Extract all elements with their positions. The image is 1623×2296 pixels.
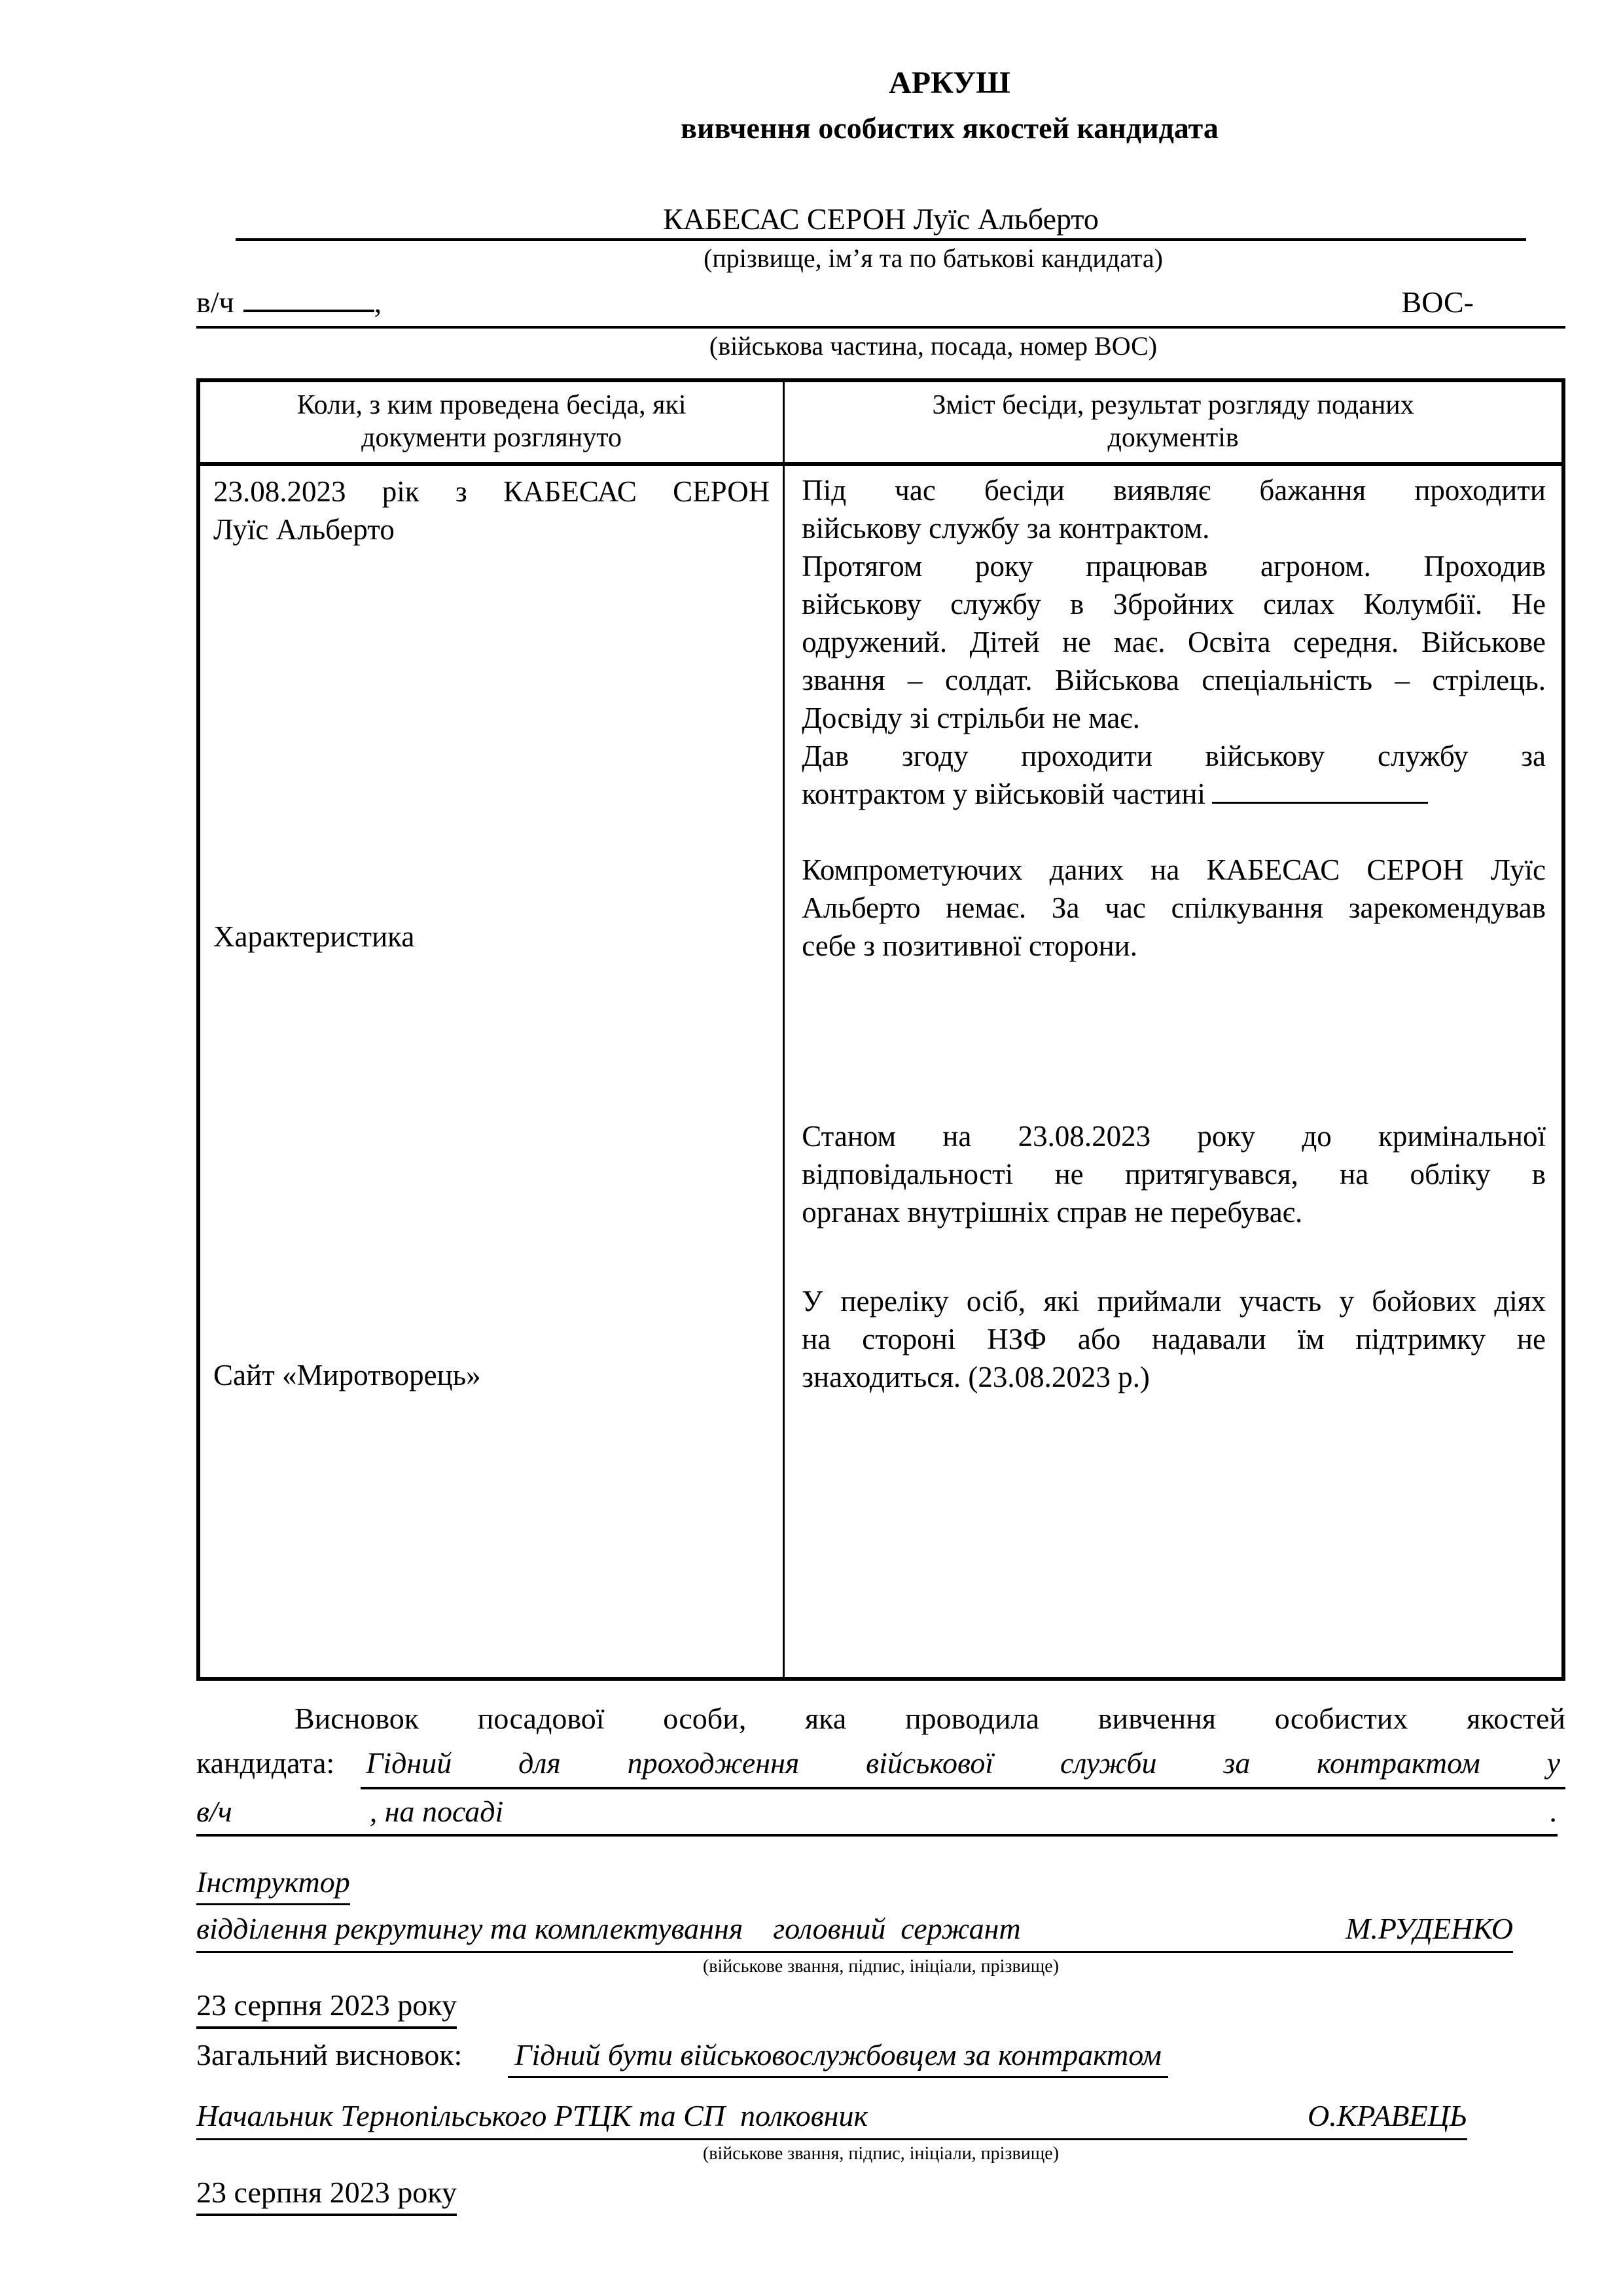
instructor-role: Інструктор: [196, 1863, 350, 1905]
biography-paragraph: Протягом року працював агроном. Проходив…: [802, 547, 1546, 737]
chief-rank-row: Начальник Тернопільського РТЦК та СП пол…: [196, 2096, 1467, 2140]
overall-conclusion-value: Гідний бути військовослужбовцем за контр…: [508, 2036, 1168, 2078]
left-column: 23.08.2023 рік з КАБЕСАС СЕРОН Луїс Альб…: [200, 466, 783, 1677]
instructor-date-line: 23 серпня 2023 року: [196, 1986, 1565, 2029]
chief-rank: Начальник Тернопільського РТЦК та СП пол…: [196, 2096, 868, 2136]
peacemaker-paragraph: У переліку осіб, які приймали участь у б…: [802, 1282, 1546, 1396]
vos-label: ВОС-: [1402, 284, 1474, 321]
signature-caption: (військове звання, підпис, ініціали, прі…: [196, 1956, 1565, 1978]
peacemaker-site-label: Сайт «Миротворець»: [213, 1356, 481, 1394]
criminal-record-paragraph: Станом на 23.08.2023 року до кримінально…: [802, 1117, 1546, 1231]
chief-name: О.КРАВЕЦЬ: [1308, 2096, 1467, 2136]
instructor-date: 23 серпня 2023 року: [196, 1986, 457, 2029]
chief-date: 23 серпня 2023 року: [196, 2173, 457, 2216]
conclusion-position-label: , на посаді: [370, 1789, 504, 1834]
candidate-name-line: КАБЕСАС СЕРОН Луїс Альберто: [236, 202, 1526, 241]
conclusion-paragraph: Висновок посадової особи, яка проводила …: [196, 1696, 1565, 1837]
document-page: АРКУШ вивчення особистих якостей кандида…: [0, 0, 1623, 2296]
overall-conclusion-label: Загальний висновок:: [196, 2036, 462, 2075]
conclusion-unit-label: в/ч: [196, 1789, 232, 1834]
chief-date-line: 23 серпня 2023 року: [196, 2173, 1565, 2216]
signature-block-chief: Начальник Тернопільського РТЦК та СП пол…: [196, 2096, 1565, 2216]
interview-table: Коли, з ким проведена бесіда, які докуме…: [196, 378, 1565, 1681]
overall-conclusion-row: Загальний висновок: Гідний бути військов…: [196, 2036, 1565, 2078]
instructor-role-line: Інструктор: [196, 1863, 1565, 1905]
name-caption: (прізвище, ім’я та по батькові кандидата…: [196, 243, 1565, 274]
col-header-when: Коли, з ким проведена бесіда, які докуме…: [200, 382, 783, 462]
conclusion-verdict-text: Гідний для проходження військової служби…: [361, 1741, 1565, 1789]
unit-blank-field: [243, 290, 374, 312]
signature-block-instructor: Інструктор відділення рекрутингу та комп…: [196, 1863, 1565, 2078]
instructor-rank: відділення рекрутингу та комплектування …: [196, 1909, 1021, 1948]
instructor-name: М.РУДЕНКО: [1346, 1909, 1513, 1948]
compromising-paragraph: Компрометуючих даних на КАБЕСАС СЕРОН Лу…: [802, 851, 1546, 965]
table-header-row: Коли, з ким проведена бесіда, які докуме…: [200, 382, 1561, 466]
instructor-rank-row: відділення рекрутингу та комплектування …: [196, 1909, 1513, 1953]
consent-paragraph: Дав згоду проходити військову службу за …: [802, 737, 1546, 813]
characteristic-label: Характеристика: [213, 918, 414, 956]
unit-label: в/ч: [196, 284, 234, 321]
unit-number-blank-field: [1212, 798, 1428, 804]
conclusion-line-1: Висновок посадової особи, яка проводила …: [196, 1696, 1565, 1741]
unit-comma: ,: [374, 284, 382, 321]
interview-date-entry: 23.08.2023 рік з КАБЕСАС СЕРОН Луїс Альб…: [213, 473, 770, 548]
conclusion-candidate-label: кандидата:: [196, 1741, 334, 1785]
right-column: Під час бесіди виявляє бажання проходити…: [783, 466, 1561, 1677]
conversation-paragraph: Під час бесіди виявляє бажання проходити…: [802, 471, 1546, 547]
signature-caption: (військове звання, підпис, ініціали, прі…: [196, 2143, 1565, 2165]
conclusion-line-3: в/ч , на посаді .: [196, 1789, 1558, 1837]
unit-caption: (військова частина, посада, номер ВОС): [196, 331, 1565, 361]
table-body-row: 23.08.2023 рік з КАБЕСАС СЕРОН Луїс Альб…: [200, 466, 1561, 1677]
doc-title: АРКУШ: [196, 63, 1565, 103]
doc-subtitle: вивчення особистих якостей кандидата: [196, 110, 1565, 147]
col-header-content: Зміст бесіди, результат розгляду поданих…: [783, 382, 1561, 462]
candidate-name: КАБЕСАС СЕРОН Луїс Альберто: [663, 202, 1099, 236]
unit-vos-row: в/ч , ВОС-: [196, 284, 1565, 329]
conclusion-line-2: кандидата: Гідний для проходження військ…: [196, 1741, 1565, 1789]
